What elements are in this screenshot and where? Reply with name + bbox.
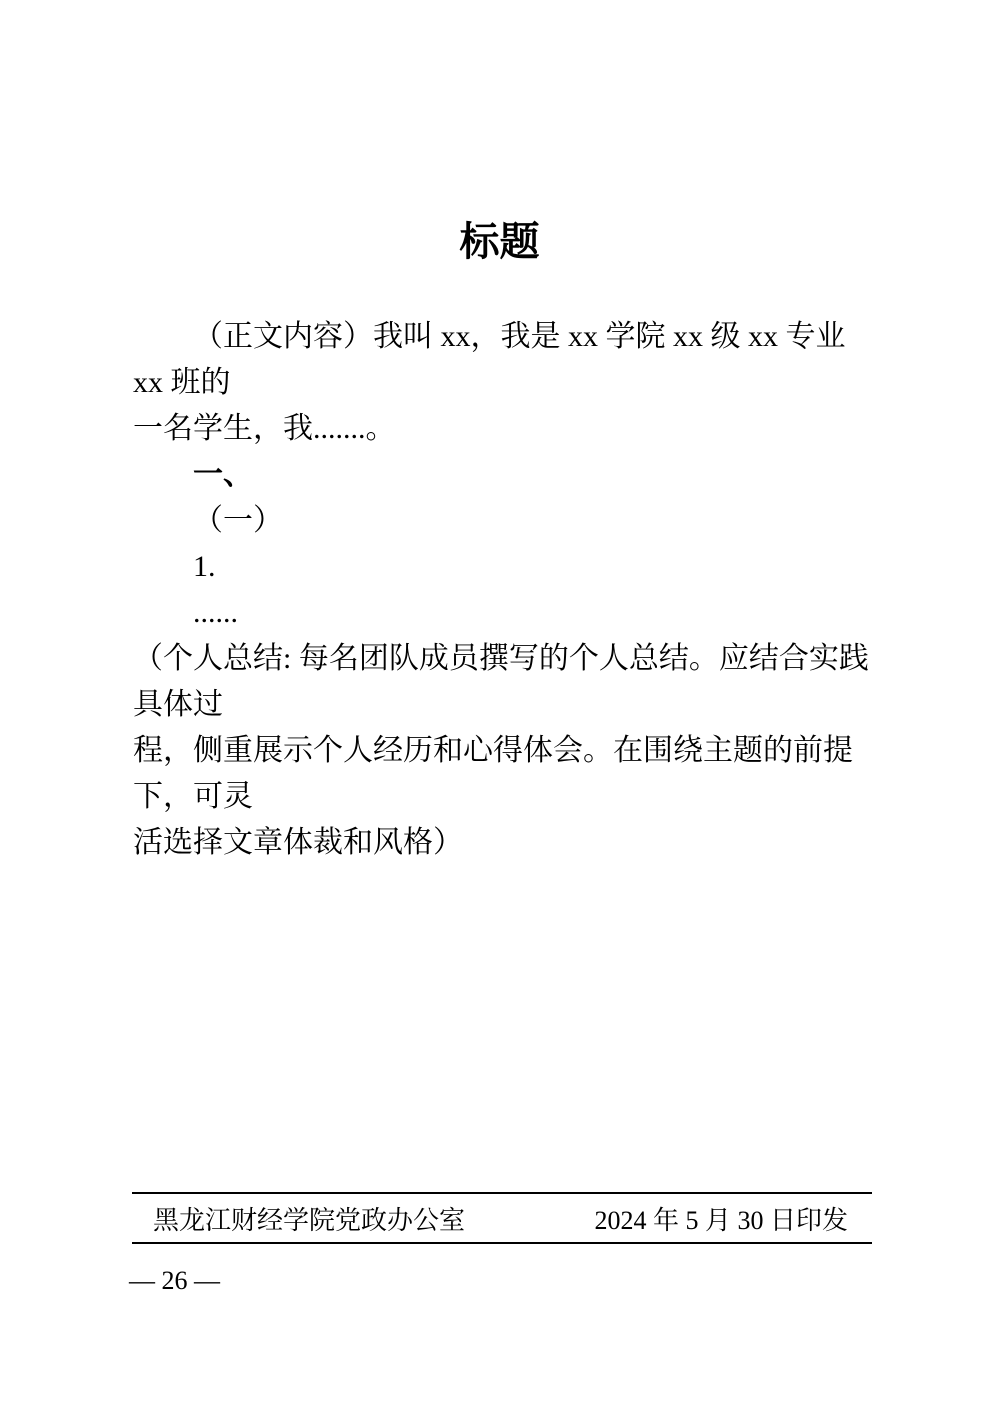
- document-title: 标题: [0, 218, 999, 266]
- footer-bar: 黑龙江财经学院党政办公室 2024 年 5 月 30 日印发: [132, 1192, 872, 1244]
- paragraph1-line-2: 一名学生，我.......。: [133, 406, 873, 452]
- ellipsis-line: ......: [133, 590, 873, 636]
- outline-item-level3: 1.: [133, 544, 873, 590]
- document-body: （正文内容）我叫 xx，我是 xx 学院 xx 级 xx 专业 xx 班的 一名…: [133, 314, 873, 866]
- footer-issuer: 黑龙江财经学院党政办公室: [153, 1200, 465, 1237]
- paragraph2-line-1: （个人总结: 每名团队成员撰写的个人总结。应结合实践具体过: [133, 636, 873, 728]
- outline-item-level1: 一、: [133, 452, 873, 498]
- outline-item-level2: （一）: [133, 498, 873, 544]
- paragraph1-line-1: （正文内容）我叫 xx，我是 xx 学院 xx 级 xx 专业 xx 班的: [133, 314, 873, 406]
- page-number: — 26 —: [129, 1266, 220, 1296]
- paragraph2-line-2: 程，侧重展示个人经历和心得体会。在围绕主题的前提下，可灵: [133, 728, 873, 820]
- footer-print-date: 2024 年 5 月 30 日印发: [594, 1200, 848, 1237]
- document-page: 标题 （正文内容）我叫 xx，我是 xx 学院 xx 级 xx 专业 xx 班的…: [0, 0, 999, 1414]
- paragraph2-line-3: 活选择文章体裁和风格）: [133, 820, 873, 866]
